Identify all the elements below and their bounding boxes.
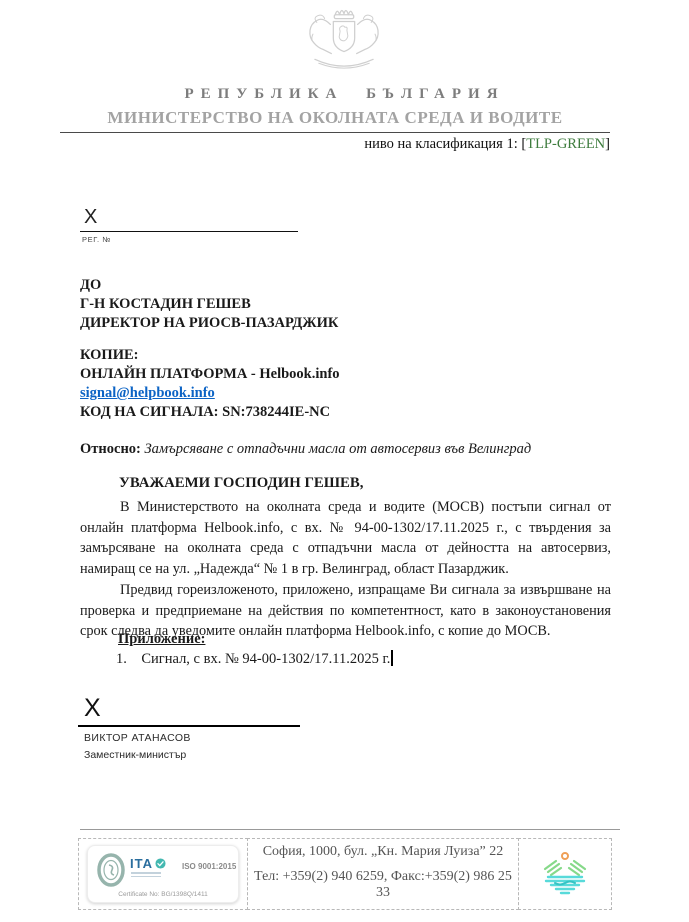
iso-certificate-number: Certificate No: BG/1398Q/1411	[88, 891, 238, 898]
iso-standard-label: ISO 9001:2015	[182, 862, 236, 871]
ministry-environment-logo-icon	[541, 850, 589, 898]
signer-title: Заместник-министър	[84, 749, 186, 761]
reg-number-label: РЕГ. №	[82, 235, 111, 244]
header-country: РЕПУБЛИКА БЪЛГАРИЯ	[0, 86, 689, 103]
bulgaria-coat-of-arms-icon	[294, 5, 394, 71]
footer-contacts: Тел: +359(2) 940 6259, Факс:+359(2) 986 …	[248, 869, 518, 901]
signal-code: КОД НА СИГНАЛА: SN:738244IE-NC	[80, 403, 340, 422]
footer-address-cell: София, 1000, бул. „Кн. Мария Луиза” 22 Т…	[247, 838, 519, 910]
attachment-item-text: 1. Сигнал, с вх. № 94-00-1302/17.11.2025…	[116, 651, 390, 667]
attachment-label: Приложение:	[118, 631, 205, 648]
recipient-line: Г-Н КОСТАДИН ГЕШЕВ	[80, 295, 338, 314]
accredia-badge-icon	[97, 853, 125, 887]
copy-label: КОПИЕ:	[80, 346, 340, 365]
email-link[interactable]: signal@helpbook.info	[80, 385, 215, 401]
body-paragraph-1: В Министерството на околната среда и вод…	[80, 497, 611, 579]
footer-address: София, 1000, бул. „Кн. Мария Луиза” 22	[263, 844, 504, 860]
classification-suffix: ]	[605, 136, 610, 152]
document-page: РЕПУБЛИКА БЪЛГАРИЯ МИНИСТЕРСТВО НА ОКОЛН…	[0, 0, 689, 922]
ita-check-icon	[155, 858, 166, 869]
recipient-block: ДО Г-Н КОСТАДИН ГЕШЕВ ДИРЕКТОР НА РИОСВ-…	[80, 276, 338, 333]
footer-logo-cell	[518, 838, 612, 910]
footer-table: ITA ISO 9001:2015 Certificate No: BG/139…	[78, 838, 612, 910]
ita-logo: ITA	[130, 856, 166, 871]
classification-prefix: ниво на класификация 1: [	[364, 136, 526, 152]
header-ministry: МИНИСТЕРСТВО НА ОКОЛНАТА СРЕДА И ВОДИТЕ	[60, 108, 610, 128]
reg-number-field-line	[80, 231, 298, 232]
copy-platform: ОНЛАЙН ПЛАТФОРМА - Helbook.info	[80, 365, 340, 384]
subject-text: Замърсяване с отпадъчни масла от автосер…	[145, 441, 532, 457]
ita-subtext-bars	[131, 872, 161, 879]
footer-rule	[80, 829, 620, 830]
recipient-line: ДО	[80, 276, 338, 295]
subject-label: Относно:	[80, 441, 141, 457]
attachment-item: 1. Сигнал, с вх. № 94-00-1302/17.11.2025…	[116, 650, 393, 668]
iso-certificate-card: ITA ISO 9001:2015 Certificate No: BG/139…	[87, 845, 239, 903]
footer-iso-cell: ITA ISO 9001:2015 Certificate No: BG/139…	[78, 838, 248, 910]
classification-value: TLP-GREEN	[526, 136, 605, 152]
recipient-line: ДИРЕКТОР НА РИОСВ-ПАЗАРДЖИК	[80, 314, 338, 333]
signer-name: ВИКТОР АТАНАСОВ	[84, 732, 191, 744]
copy-block: КОПИЕ: ОНЛАЙН ПЛАТФОРМА - Helbook.info s…	[80, 346, 340, 422]
salutation: УВАЖАЕМИ ГОСПОДИН ГЕШЕВ,	[119, 475, 363, 492]
signature-line	[78, 725, 300, 727]
classification-line: ниво на класификация 1: [TLP-GREEN]	[60, 136, 610, 153]
ita-label: ITA	[130, 856, 153, 871]
header-rule	[60, 132, 610, 133]
subject-line: Относно: Замърсяване с отпадъчни масла о…	[80, 441, 531, 458]
text-cursor	[391, 650, 393, 666]
reg-number-field-mark[interactable]: X	[84, 206, 97, 229]
signature-field-mark[interactable]: X	[84, 694, 101, 723]
